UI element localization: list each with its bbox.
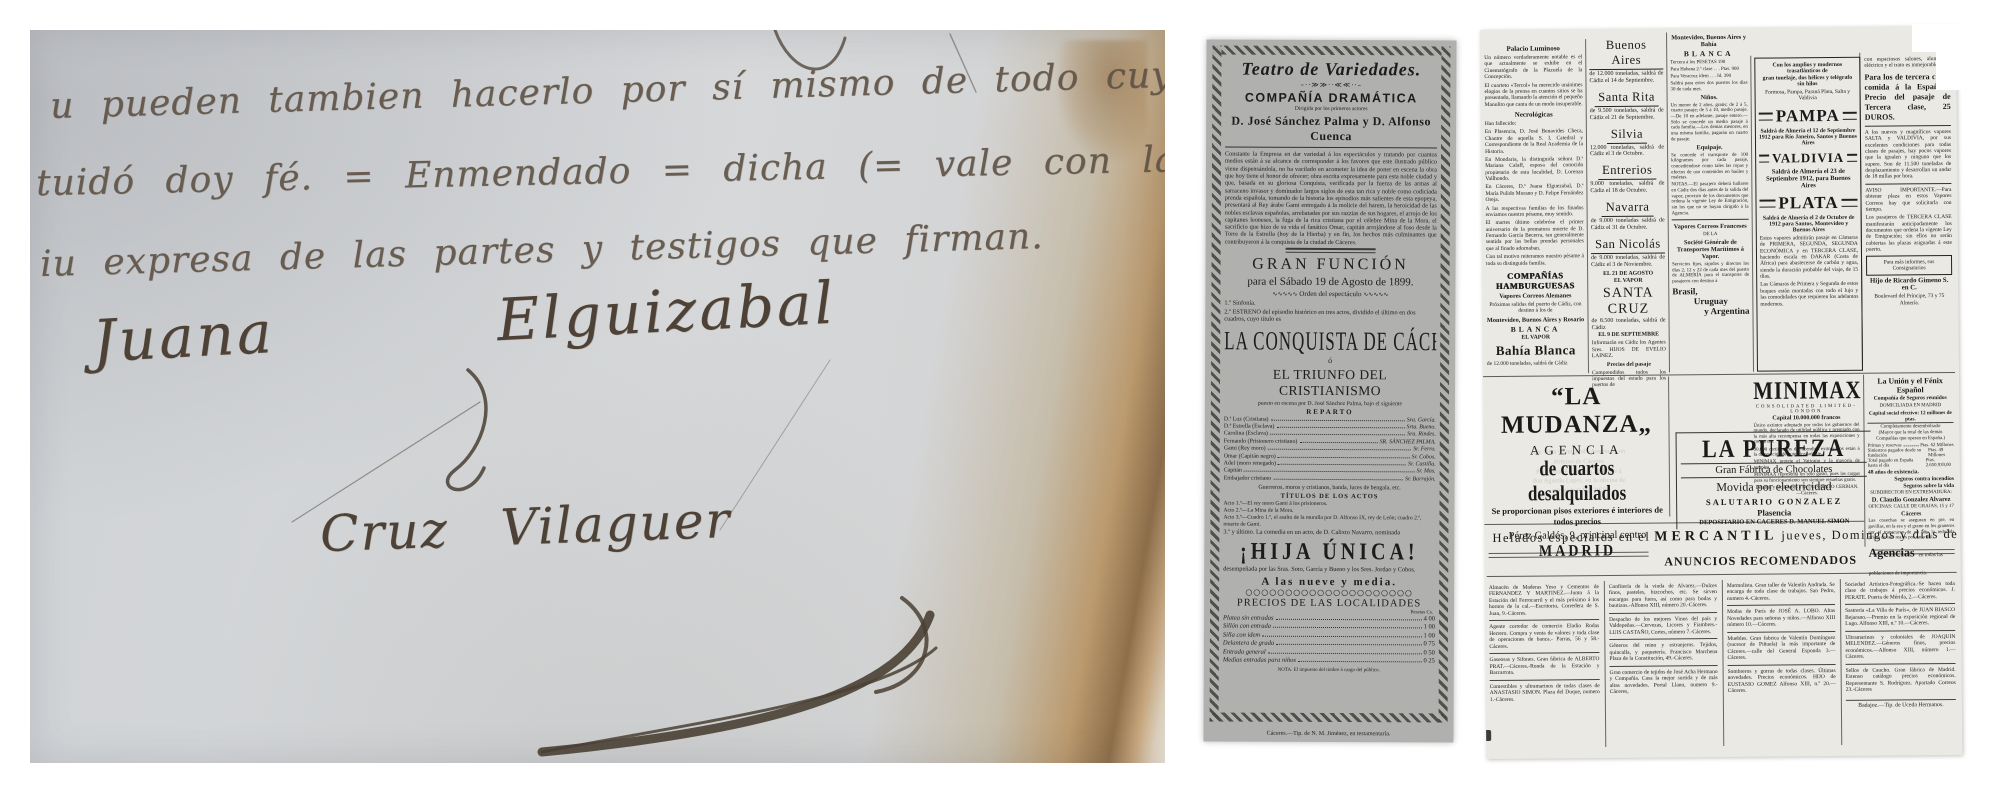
rule (1865, 125, 1951, 127)
ship-name: VALDIVIA (1772, 150, 1844, 167)
date-label: EL 9 DE SEPTIEMBRE (1592, 332, 1666, 339)
fare-line: Tercera á los PESETAS 190 (1670, 59, 1747, 65)
important-notice: AVISO IMPORTANTE.—Para obtener plaza en … (1865, 187, 1951, 213)
ad-title: LA PUREZA (1681, 433, 1867, 465)
manuscript-photo: u pueden tambien hacerlo por sí mismo de… (30, 30, 1165, 763)
classified-ad: Agente corredor de comercio Eladio Rodas… (1489, 619, 1599, 653)
ship-description: de 12.000 toneladas, saldrá de Cádiz (1487, 360, 1585, 367)
baggage-heading: Equipaje. (1671, 144, 1748, 152)
ornament-border-right (1439, 46, 1451, 722)
ornament-border-left (1210, 45, 1222, 721)
classifieds-column: Marmolista. Gran taller de Valentín Andr… (1727, 579, 1836, 698)
ship-name: Santa Rita (1594, 89, 1659, 107)
ship-description: de 9.000 toneladas, saldrá de Cádiz el 3… (1591, 254, 1665, 268)
banner-text: jueves, Domingos y días de fiesta (1781, 527, 1962, 543)
newspaper-printer-line: Badajoz.—Tip. de Uceda Hermanos. (1846, 699, 1956, 709)
price-label: Entrada general (1223, 648, 1266, 657)
extras-line: Guerreros, moros y cristianos, banda, lu… (1224, 485, 1436, 492)
years-line: 48 años de existencia. (1868, 469, 1954, 476)
agencias-word: Agencias (1869, 545, 1915, 559)
decor-arrows: –··≫≫··≪≪··– (1225, 81, 1437, 90)
children-heading: Niños. (1671, 94, 1748, 102)
ship-entry: Buenos Airesde 12.000 toneladas, saldrá … (1589, 34, 1663, 84)
ad-city: Plasencia (1681, 507, 1867, 519)
comedy-title: ¡HIJA ÚNICA! (1223, 538, 1435, 567)
classifieds-column: Almacén de Maderas Yeso y Cementos de FE… (1489, 581, 1600, 706)
children-paragraph: Un menor de 2 años, gratis; de 2 á 5, cu… (1671, 102, 1748, 142)
cast-role: Capitán (1224, 468, 1242, 475)
news-heading: Palacio Luminoso (1484, 44, 1582, 53)
showtime-line: A las nueve y media. (1223, 575, 1435, 588)
sailings-column: Buenos Airesde 12.000 toneladas, saldrá … (1589, 34, 1666, 390)
news-heading: Necrológicas (1485, 110, 1583, 119)
agencias-line: Agencias en todas las poblaciones de imp… (1869, 542, 1955, 579)
office-city: Cáceres (1868, 511, 1954, 518)
ad-subtitle: Compañía de Seguros reunidos (1867, 395, 1953, 402)
price-value: 0 50 (1423, 649, 1434, 657)
fare-line: Para Veracruz ídem . . . Id. 390 (1670, 74, 1747, 80)
nota-line: NOTA. El impuesto del timbre á cargo del… (1223, 667, 1435, 673)
price-label: Silla con idem (1223, 631, 1260, 640)
double-bar (1843, 112, 1857, 120)
capital-line: Capital 10.000.000 francos (1753, 415, 1859, 422)
ad-top-line: Con los amplios y modernos trasatlántico… (1758, 62, 1856, 75)
playbill-content: Teatro de Variedades. –··≫≫··≪≪··– COMPA… (1223, 57, 1438, 711)
ornament-separator (1286, 248, 1376, 253)
classified-ad: Gran comercio de tejidos de José Acha He… (1610, 665, 1718, 699)
de-la-label: DE LA (1672, 231, 1749, 237)
ship-banner: VALDIVIA (1759, 150, 1857, 167)
squiggle-left: ∿∿∿∿∿ (1272, 291, 1297, 298)
ad-subtitle: Movida por electricidad (1681, 479, 1867, 496)
figures-row: Total pagado en España hasta el díaPtas.… (1868, 458, 1954, 469)
theater-playbill: Teatro de Variedades. –··≫≫··≪≪··– COMPA… (1203, 39, 1456, 742)
price-label: Delantera de grada (1223, 640, 1274, 649)
classified-ad: Sastrería «La Villa de París», de JUAN B… (1845, 603, 1955, 630)
services-paragraph: Servicios fijos, rápidos y directos los … (1672, 262, 1749, 285)
subdirector-name: D. Claudio Gonzalez Alvarez (1868, 496, 1954, 504)
dots-leader (1903, 445, 1918, 446)
ad-heading: COMPAÑÍAS HAMBURGUESAS (1486, 270, 1584, 291)
classified-ad: Muebles. Gran fabrica de Valentín Domíng… (1727, 631, 1835, 665)
dots-leader (1262, 635, 1421, 637)
decor-circles-row: ○○○○○○○○○○○○○○○○○○○○○ (1223, 588, 1435, 597)
capital-line: Capital social efectivo: 12 millones de … (1867, 410, 1953, 424)
program-item-1: 1.º Sinfonía. (1224, 300, 1436, 308)
pen-flourish-strokes (30, 30, 1165, 763)
classified-ad: Marmolista. Gran taller de Valentín Andr… (1727, 579, 1835, 605)
baggage-paragraph: Se concede el transporte de 100 kilógram… (1671, 152, 1748, 181)
dots-leader (1273, 627, 1422, 629)
capital-note: Completamente desembolsado (1867, 424, 1953, 430)
ship-banner: PAMPA (1759, 106, 1857, 127)
price-value: 1 00 (1424, 624, 1435, 632)
classified-ad: Gaseosas y Sifones. Gran fábrica de ALBE… (1489, 652, 1599, 679)
price-value: 0 75 (1424, 641, 1435, 649)
sailing-info: Saldrá de Almería el 23 de Septiembre 19… (1759, 168, 1857, 190)
column-rule (1840, 579, 1842, 745)
screenshot-canvas: u pueden tambien hacerlo por sí mismo de… (0, 0, 2000, 793)
cast-header: REPARTO (1224, 407, 1436, 416)
rule (1672, 219, 1749, 221)
news-paragraph: Un número verdaderamente notable es el q… (1484, 54, 1582, 80)
act-line: Acto 3.º—Cuadro 1.º, el asalto de la mur… (1223, 514, 1435, 529)
agent-info: Informarán en Cádiz los Agentes Sres. HI… (1592, 340, 1666, 360)
news-paragraph: El cuarteto «Tercol» ha merecido unánime… (1484, 82, 1582, 108)
ship-entry: San Nicolásde 9.000 toneladas, saldrá de… (1591, 233, 1665, 268)
classifieds-header: ANUNCIOS RECOMENDADOS (1653, 553, 1869, 570)
cast-row: Embajador cristianoSr. Barrajón. (1224, 475, 1436, 483)
ornament-border-bottom (1210, 712, 1448, 722)
column-rule (1585, 39, 1589, 373)
figures-value: Ptas. 49 Millones (1928, 448, 1954, 458)
playbill-title: Teatro de Variedades. (1225, 59, 1437, 81)
function-date: para el Sábado 19 de Agosto de 1899. (1224, 276, 1436, 289)
ink-smudge (1484, 730, 1491, 741)
cast-role: Embajador cristiano (1224, 475, 1272, 483)
ship-description: de 8.500 toneladas, saldrá de Cádiz (1592, 317, 1666, 331)
consignee-name: Hijo de Ricardo Gimeno S. en C. (1866, 277, 1952, 292)
consignee-box: Para más informes, sus Consignatarios (1866, 254, 1952, 275)
ship-name: Silvia (1607, 126, 1647, 143)
double-bar (1759, 154, 1769, 162)
fare-line: Para Habana 2.ª clase . . . Ptas. 900 (1670, 66, 1747, 72)
sailing-info: Saldrá de Almería el 2 de Octubre de 191… (1760, 215, 1858, 234)
classifieds-column: Sociedad Artístico-Fotográfica.-Se hacen… (1845, 578, 1956, 715)
page-corner-notch (1936, 24, 1966, 90)
ad-title: La Unión y el Fénix Español (1867, 377, 1953, 395)
figures-value: Ptas. 2.650.939,00 (1926, 458, 1954, 468)
price-value: 1 00 (1424, 632, 1435, 640)
pureza-ad: LA PUREZA Gran Fábrica de Chocolates Mov… (1676, 431, 1872, 530)
column-rule (1666, 32, 1670, 372)
ad-text: Próximas salidas del puerto de Cádiz, co… (1486, 301, 1584, 315)
acts-header: TÍTULOS DE LOS ACTOS (1224, 493, 1436, 501)
news-paragraph: En Cáceres, D.ª Juana Elguezabal, D.ª Ma… (1485, 184, 1583, 204)
ship-entry: Navarrade 9.000 toneladas saldrá de Cádi… (1590, 197, 1664, 232)
notice-paragraph: A los nuevos y magníficos vapores SALTA … (1865, 129, 1951, 181)
news-paragraph: En Plasencia, D. José Benavides Checa, C… (1485, 129, 1583, 155)
directed-by-line: Dirigida por los primeros actores (1225, 106, 1437, 113)
destination-uruguay: Uruguay (1672, 296, 1749, 307)
ship-entry: Entrerios9.000 toneladas, saldrá de Cádi… (1590, 160, 1664, 195)
classified-ad: Modas de París de JOSÉ A. LOBO. Altas No… (1727, 604, 1835, 631)
cast-actor: SR. SÁNCHEZ PALMA. (1380, 439, 1436, 447)
figures-label: Total pagado en España hasta el día (1868, 458, 1922, 468)
column-rule (1750, 56, 1754, 372)
office-address: OFICINAS: CALLE DE GRAJAS, 15 y 17 (1868, 504, 1954, 510)
double-bar (1759, 112, 1773, 120)
fare-line: Saldrá para estos dos puertos los días 3… (1670, 81, 1747, 93)
fares-label: Precios del pasaje (1592, 361, 1666, 368)
classifieds-column: Confitería de la viuda de Alvarez.—Dulce… (1609, 580, 1718, 699)
classified-ad: Sociedad Artístico-Fotográfica.-Se hacen… (1845, 578, 1955, 604)
squiggle-right: ∿∿∿∿∿ (1363, 291, 1388, 298)
ship-description: 12.000 toneladas, saldrá de Cádiz el 3 d… (1590, 144, 1664, 158)
dots-leader (1278, 464, 1406, 466)
destinations-line: Montevideo, Buenos Aires y Bahía (1670, 34, 1747, 49)
newspaper-page: Palacio Luminoso Un número verdaderament… (1480, 26, 1962, 759)
ship-description: de 9.500 toneladas, saldrá de Cádiz el 2… (1590, 107, 1664, 121)
dots-leader (1276, 427, 1404, 429)
el-vapor-label: EL VAPOR (1487, 334, 1585, 341)
destination-brasil: Brasil, (1672, 286, 1749, 297)
news-paragraph: En Mondaria, la distinguida señora D.ª M… (1485, 156, 1583, 182)
ghost-line: minas de CÁCERES (1499, 486, 1659, 497)
play-subtitle: EL TRIUNFO DEL CRISTIANISMO (1224, 366, 1436, 399)
dots-leader (1276, 619, 1422, 621)
column-rule (1604, 581, 1606, 747)
price-row: Medias entradas para niños0 25 (1223, 657, 1435, 666)
prices-header: PRECIOS DE LAS LOCALIDADES (1223, 597, 1435, 609)
ship-name: San Nicolás (1591, 236, 1665, 254)
program-item-2: 2.º ESTRENO del episodio histórico en tr… (1224, 308, 1436, 324)
cast-actor: Sr. Ferro. (1413, 447, 1436, 454)
dots-leader (1298, 661, 1422, 663)
staged-by-line: puesto en escena por D. José Sánchez Pal… (1224, 400, 1436, 407)
cabins-paragraph: Estos vapores admitirán pasaje en Cámara… (1760, 235, 1858, 280)
ad-subtitle: DOMICILIADA EN MADRID (1867, 403, 1953, 409)
ship-name: Buenos Aires (1589, 37, 1663, 70)
gran-funcion-title: GRAN FUNCIÓN (1225, 256, 1437, 275)
classified-ad: Géneros del reino y estranjeros. Tejidos… (1609, 638, 1717, 665)
cast-actor: Sra. García. (1407, 417, 1436, 425)
ship-description: de 12.000 toneladas, saldrá de Cádiz el … (1589, 70, 1663, 84)
double-bar (1842, 199, 1858, 207)
cast-actor: Sr. Mas. (1416, 469, 1435, 476)
ship-name: Entrerios (1598, 163, 1656, 181)
ad-title: MINIMAX (1753, 375, 1859, 406)
french-line-heading: Vapores Correos Franceses (1672, 223, 1749, 231)
ship-name: SANTA CRUZ (1591, 285, 1665, 318)
blanca-label: BLANCA (1487, 324, 1585, 334)
classified-ad: Despacho de los mejores Vinos del país y… (1609, 612, 1717, 639)
ad-text: Se proporcionan pisos exteriores é inter… (1489, 504, 1665, 527)
dots-leader (1270, 434, 1405, 436)
ad-title: “LA MUDANZA„ (1488, 382, 1664, 440)
insurance-line: Seguros sobre la vida (1868, 483, 1954, 490)
news-paragraph: A las respectivas familias de los finado… (1486, 205, 1584, 219)
classified-ad: Ultramarinos y coloniales de JOAQUIN MEL… (1845, 630, 1955, 664)
cast-actor: Sra. Rindes. (1407, 432, 1436, 439)
ad-subtitle: Gran Fábrica de Chocolates (1681, 462, 1867, 479)
dots-leader (1273, 478, 1403, 480)
price-value: 0 25 (1423, 657, 1434, 665)
play-title: LA CONQUISTA DE CÁCERES (1224, 326, 1436, 358)
news-paragraph: El martes último celebróse el primer ani… (1486, 219, 1584, 252)
dots-leader (1271, 419, 1405, 421)
double-bar (1847, 154, 1857, 162)
fenix-ad: La Unión y el Fénix Español Compañía de … (1867, 376, 1955, 579)
ship-banner: PLATA (1759, 193, 1857, 214)
cast-actor: Sr. Cobos. (1412, 454, 1436, 461)
cabins-paragraph: Las Cámaras de Primera y Segunda de esto… (1760, 281, 1858, 307)
cast-actor: Sr. Castilla. (1408, 461, 1436, 468)
banner-text: Helados especiales en el (1492, 530, 1650, 545)
dots-leader (1299, 442, 1377, 443)
classified-ad: Sombreros y gorras de todas clases. Últi… (1728, 664, 1836, 698)
double-bar (1759, 199, 1775, 207)
price-label: Medias entradas para niños (1223, 657, 1296, 666)
notices-column: con espaciosos salones, alumbrado eléctr… (1864, 54, 1952, 309)
fares-column: Montevideo, Buenos Aires y Bahía BLANCA … (1670, 32, 1749, 317)
playbill-printer-line: Cáceres.—Tip. de N. M. Jiménez, en testa… (1203, 730, 1453, 737)
classified-ad: Almacén de Maderas Yeso y Cementos de FE… (1489, 581, 1599, 620)
owner-name: SALUTARIO GONZALEZ (1681, 496, 1867, 508)
fleet-names: Formosa, Pampa, Paraná Plata, Salta y Va… (1759, 89, 1857, 103)
dots-leader (1268, 449, 1412, 451)
ornament-border-top (1212, 45, 1450, 55)
news-paragraph: Han fallecido: (1485, 120, 1583, 127)
orden-label: Orden del espectáculo (1299, 290, 1361, 298)
el-vapor-label: EL VAPOR (1591, 277, 1665, 284)
company-name: Société Générale de Transportes Marítimo… (1672, 239, 1749, 261)
date-label: EL 21 DE AGOSTO (1591, 270, 1665, 277)
notice-paragraph: Los pasajeros de TERCERA CLASE manifesta… (1866, 214, 1952, 253)
price-label: Platea sin entradas (1223, 614, 1274, 623)
column-rule (1668, 376, 1670, 516)
banner-brand: MERCANTIL (1654, 529, 1777, 545)
ad-top-line: gran tonelaje, dos hélices y telégrafo s… (1758, 75, 1856, 88)
price-value: 4 00 (1424, 615, 1435, 623)
rule (1865, 183, 1951, 185)
ship-entry: Silvia12.000 toneladas, saldrá de Cádiz … (1590, 123, 1664, 158)
ship-entry: Santa Ritade 9.500 toneladas, saldrá de … (1590, 86, 1664, 121)
price-label: Sillón con entrada (1223, 623, 1271, 632)
notes-paragraph: NOTAS.—El pasajero deberá hallarse en Cá… (1671, 182, 1748, 217)
figures-label: Siniestros pagados desde su fundación (1868, 448, 1925, 458)
ship-name: PLATA (1778, 193, 1838, 214)
ship-name: Navarra (1602, 200, 1654, 217)
cast-actor: Sr. Barrajón. (1405, 476, 1436, 484)
show-through-ghost-text: una mina de mineral «Arsénico» en términ… (1499, 447, 1659, 497)
helados-banner: Helados especiales en el MERCANTIL jueve… (1492, 526, 1876, 547)
column-rule (1722, 580, 1724, 746)
destination-argentina: y Argentina (1672, 306, 1749, 317)
dots-leader (1244, 471, 1415, 473)
ship-description: de 9.000 toneladas saldrá de Cádiz el 31… (1591, 218, 1665, 232)
sailing-info: Saldrá de Almería el 12 de Septiembre 19… (1759, 128, 1857, 147)
subdirector-label: SUBDIRECTOR EN EXTREMADURA: (1868, 490, 1954, 496)
ship-description: 9.000 toneladas, saldrá de Cádiz el 18 d… (1590, 181, 1664, 195)
classified-ad: Comestibles y ultramarinos de todas clas… (1490, 679, 1600, 706)
ship-name: PAMPA (1776, 106, 1840, 127)
company-name: COMPAÑÍA DRAMÁTICA (1225, 91, 1437, 106)
insurance-line: Seguros contra incendios (1868, 476, 1954, 483)
program-item-3: 3.º y último. La comedia en un acto, de … (1223, 529, 1435, 537)
dots-leader (1276, 644, 1421, 646)
blanca-label: BLANCA (1670, 49, 1747, 59)
dots-leader (1278, 456, 1410, 458)
classified-ad: Sellos de Caucho. Gran fábrica de Madrid… (1846, 663, 1956, 697)
news-paragraph: Con tal motivo reiteramos nuestro pésame… (1486, 253, 1584, 267)
consignee-address: Boulevard del Príncipe, 73 y 75 Almería. (1866, 293, 1952, 307)
directors-names: D. José Sánchez Palma y D. Alfonso Cuenc… (1225, 114, 1437, 149)
news-column: Palacio Luminoso Un número verdaderament… (1484, 41, 1585, 369)
orden-line: ∿∿∿∿∿ Orden del espectáculo ∿∿∿∿∿ (1224, 290, 1436, 299)
ship-name: Bahía Blanca (1487, 342, 1585, 359)
ad-subheading: Vapores Correos Alemanes (1486, 292, 1584, 300)
destinations-line: Montevideo, Buenos Aires y Rosario (1487, 316, 1585, 324)
steamship-ad-box: Con los amplios y modernos trasatlántico… (1754, 57, 1863, 372)
playbill-intro-paragraph: Constante la Empresa en dar variedad á l… (1225, 151, 1437, 247)
capital-note: (Mayor que la total de las demás Compañí… (1868, 430, 1954, 442)
cast-actor: Srta. Bueno. (1407, 424, 1436, 432)
dots-leader (1268, 652, 1422, 654)
classified-ad: Confitería de la viuda de Alvarez.—Dulce… (1609, 580, 1717, 613)
